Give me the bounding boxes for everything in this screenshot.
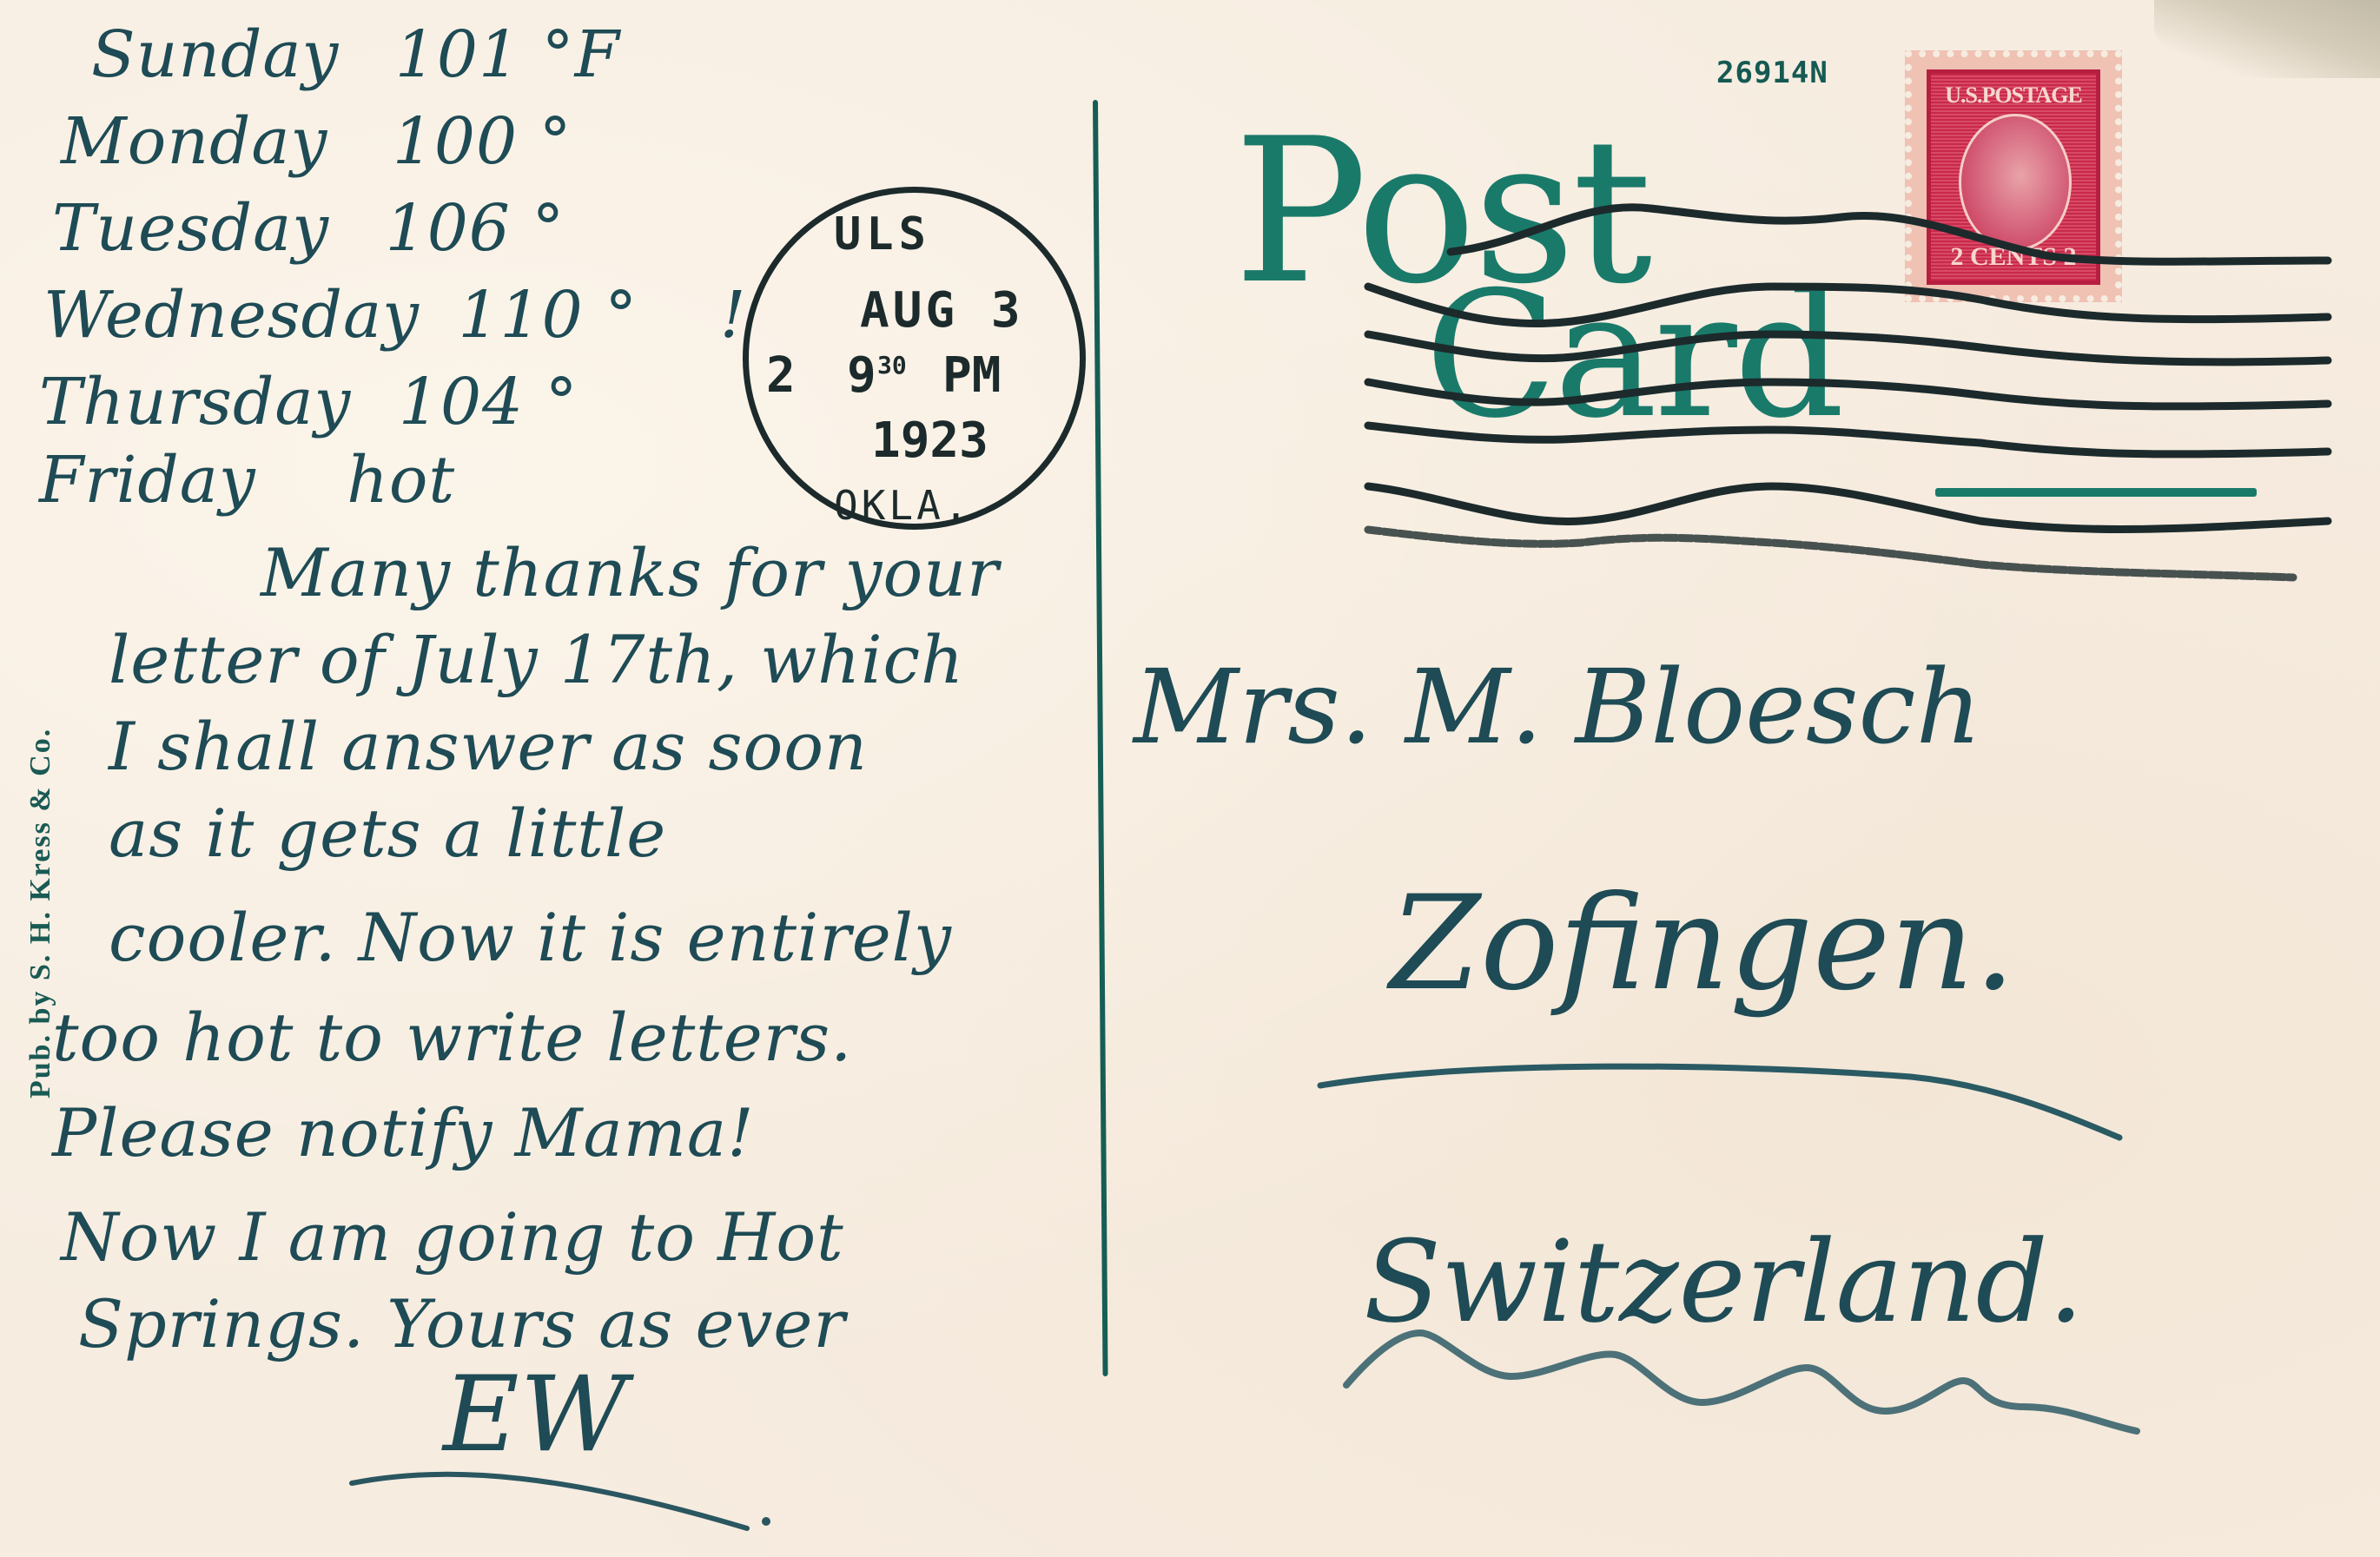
postmark-year: 1923 (871, 412, 988, 469)
postmark-time-ampm: PM (942, 347, 1001, 404)
recipient-name: Mrs. M. Bloesch (1134, 647, 1982, 767)
country-underline-flourish (1338, 1329, 2163, 1442)
recipient-city: Zofingen. (1390, 868, 2015, 1019)
message-line: Springs. Yours as ever (78, 1285, 846, 1362)
message-line: as it gets a little (109, 795, 666, 872)
city-underline-flourish (1303, 1042, 2128, 1146)
message-line: letter of July 17th, which (109, 621, 964, 698)
postmark-machine-number: 2 (766, 347, 796, 404)
postmark-time-hour: 9 (847, 347, 876, 404)
postmark-time-minutes: 30 (877, 351, 907, 379)
cancellation-wavy-lines (0, 0, 2380, 608)
signature: EW (443, 1355, 628, 1475)
signature-flourish (347, 1468, 782, 1537)
postmark-state: OKLA. (834, 482, 971, 529)
message-line: too hot to write letters. (52, 999, 852, 1076)
postcard: Pub. by S. H. Kress & Co. Sunday 101 °F … (0, 0, 2380, 1557)
message-line: I shall answer as soon (109, 708, 868, 785)
message-line: Please notify Mama! (52, 1094, 755, 1171)
message-line: Now I am going to Hot (61, 1198, 844, 1276)
postmark-city: ULS (834, 208, 931, 261)
message-line: cooler. Now it is entirely (109, 899, 952, 976)
postmark-date: AUG 3 (860, 282, 1024, 339)
